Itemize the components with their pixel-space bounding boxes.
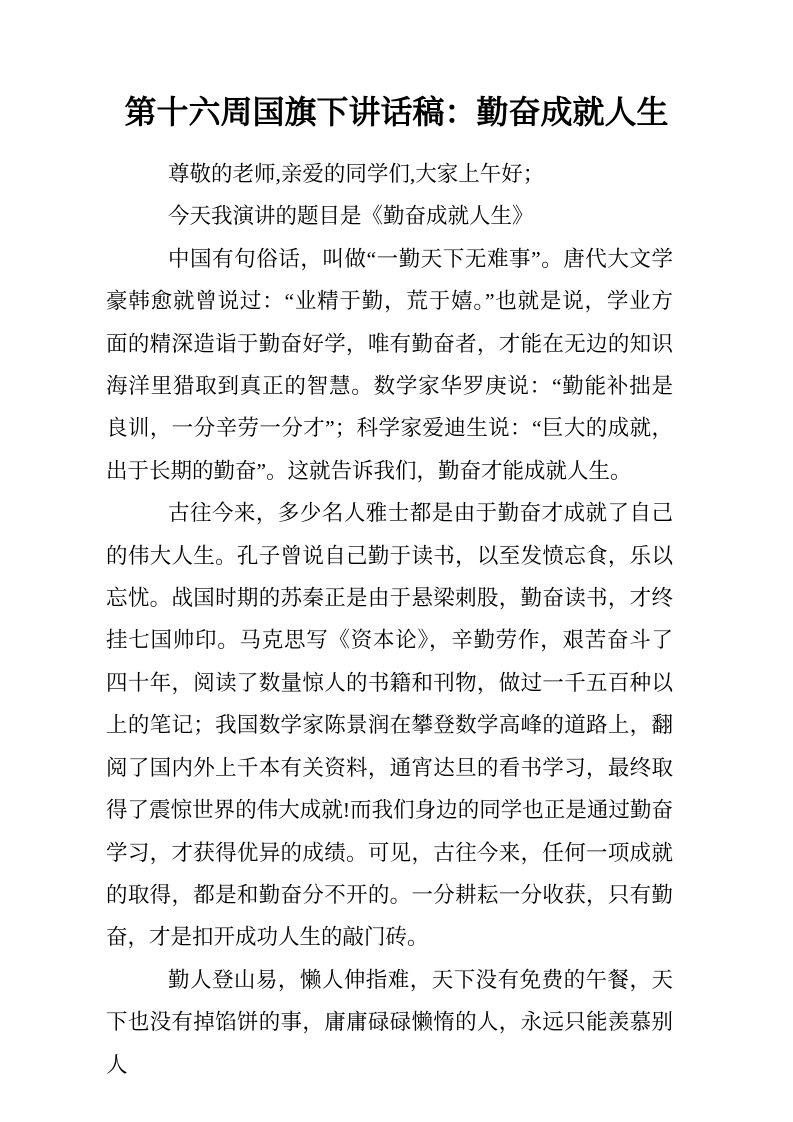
paragraph-speech-topic: 今天我演讲的题目是《勤奋成就人生》 bbox=[106, 195, 673, 237]
document-title: 第十六周国旗下讲话稿：勤奋成就人生 bbox=[40, 91, 753, 133]
document-body: 尊敬的老师,亲爱的同学们,大家上午好； 今天我演讲的题目是《勤奋成就人生》 中国… bbox=[106, 153, 673, 1086]
document-page: 第十六周国旗下讲话稿：勤奋成就人生 尊敬的老师,亲爱的同学们,大家上午好； 今天… bbox=[0, 0, 793, 1122]
paragraph-greeting: 尊敬的老师,亲爱的同学们,大家上午好； bbox=[106, 153, 673, 195]
paragraph-quotes-on-diligence: 中国有句俗话，叫做“一勤天下无难事”。唐代大文学豪韩愈就曾说过：“业精于勤，荒于… bbox=[106, 238, 673, 492]
paragraph-famous-examples: 古往今来，多少名人雅士都是由于勤奋才成就了自己的伟大人生。孔子曾说自己勤于读书，… bbox=[106, 492, 673, 958]
paragraph-no-free-lunch: 勤人登山易，懒人伸指难，天下没有免费的午餐，天下也没有掉馅饼的事，庸庸碌碌懒惰的… bbox=[106, 959, 673, 1086]
